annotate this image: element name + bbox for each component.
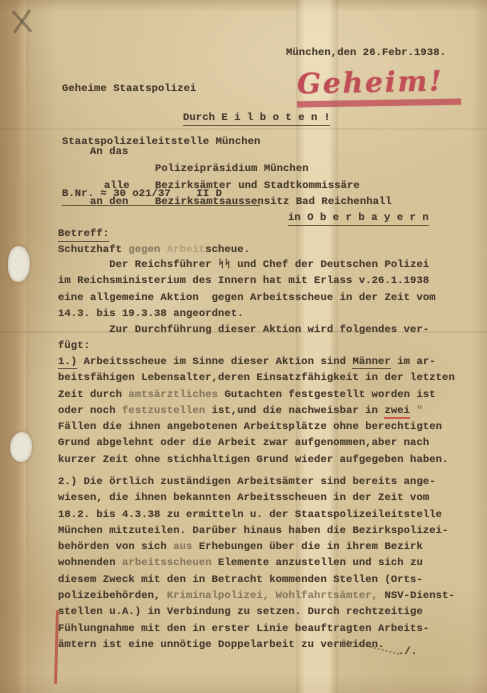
recipient-name: Bezirksamtsaussensitz Bad Reichenhall bbox=[155, 196, 392, 208]
recipient-prefix: an den bbox=[90, 196, 128, 208]
text-segment: behörden von sich bbox=[58, 541, 173, 553]
text-segment: ist,und die nachweisbar in bbox=[205, 405, 384, 417]
text-segment bbox=[269, 590, 275, 602]
page-top-shade bbox=[0, 0, 487, 12]
paper-damage-spot bbox=[8, 246, 30, 282]
delivery-note: Durch E i l b o t e n ! bbox=[183, 112, 330, 126]
document-line: Fühlungnahme mit den in erster Linie bea… bbox=[58, 621, 460, 637]
recipient-region: in O b e r b a y e r n bbox=[288, 212, 429, 226]
text-segment: oder noch bbox=[58, 405, 122, 417]
text-segment: scheue. bbox=[205, 244, 250, 256]
page-left-edge bbox=[0, 0, 30, 693]
text-segment: ämtern ist eine unnötige Doppelarbeit zu… bbox=[58, 639, 384, 651]
text-segment: " bbox=[410, 405, 423, 417]
document-line: behörden von sich aus Erhebungen über di… bbox=[58, 539, 460, 555]
text-segment: amtsärztliches bbox=[128, 389, 218, 401]
document-line: Fällen die ihnen angebotenen Arbeitsplät… bbox=[58, 419, 460, 435]
text-segment: beitsfähigen Lebensalter,deren Einsatzfä… bbox=[58, 372, 455, 384]
document-line: Zur Durchführung dieser Aktion wird folg… bbox=[58, 322, 460, 338]
secret-stamp: Geheim! bbox=[297, 64, 444, 100]
text-segment: Schutzhaft bbox=[58, 244, 128, 256]
document-line: eine allgemeine Aktion gegen Arbeitssche… bbox=[58, 290, 460, 306]
text-segment: Elemente anzustellen und sich zu bbox=[212, 557, 423, 569]
pencil-x-mark bbox=[6, 5, 38, 37]
page-bottom-shade bbox=[0, 673, 487, 693]
text-segment: 1.) bbox=[58, 356, 77, 369]
text-segment: polizeibehörden, bbox=[58, 590, 167, 602]
paragraph-intro: Der Reichsführer ᛋᛋ und Chef der Deutsch… bbox=[58, 256, 460, 355]
document-line: 14.3. bis 19.3.38 angeordnet. bbox=[58, 306, 460, 322]
document-line: polizeibehörden, Kriminalpolizei, Wohlfa… bbox=[58, 588, 460, 604]
text-segment: ᛋᛋ bbox=[218, 258, 231, 270]
text-segment: im Reichsministerium des Innern hat mit … bbox=[58, 275, 429, 287]
recipient-prefix: alle bbox=[104, 180, 130, 192]
text-segment: stellen u.A.) in Verbindung zu setzen. D… bbox=[58, 606, 423, 618]
agency-block: Geheime Staatspolizei Staatspolizeileits… bbox=[62, 46, 260, 241]
closing-mark: ./. bbox=[398, 646, 417, 658]
page-left-edge-shade bbox=[26, 0, 58, 693]
paper-damage-spot bbox=[10, 432, 32, 462]
text-segment: Fällen die ihnen angebotenen Arbeitsplät… bbox=[58, 421, 442, 433]
text-segment: Erhebungen über die in ihrem Bezirk bbox=[192, 541, 422, 553]
text-segment: aus bbox=[173, 541, 192, 553]
text-segment: Fühlungnahme mit den in erster Linie bea… bbox=[58, 623, 429, 635]
page-right-shade bbox=[471, 0, 487, 693]
text-segment: Wohlfahrtsämter, bbox=[276, 590, 378, 602]
document-line: Zeit durch amtsärztliches Gutachten fest… bbox=[58, 387, 460, 403]
text-segment: wiesen, die ihnen bekannten Arbeitsscheu… bbox=[58, 492, 429, 504]
text-segment: 18.2. bis 4.3.38 zu ermitteln u. der Sta… bbox=[58, 509, 442, 521]
document-line: beitsfähigen Lebensalter,deren Einsatzfä… bbox=[58, 370, 460, 386]
document-page: Geheime Staatspolizei Staatspolizeileits… bbox=[0, 0, 487, 693]
text-segment: NSV-Dienst- bbox=[378, 590, 455, 602]
text-segment: arbeitsscheuen bbox=[122, 557, 212, 569]
text-segment: 2.) Die örtlich zuständigen Arbeitsämter… bbox=[58, 476, 436, 488]
document-line: stellen u.A.) in Verbindung zu setzen. D… bbox=[58, 604, 460, 620]
text-segment: München mitzuteilen. Darüber hinaus habe… bbox=[58, 525, 448, 537]
document-line: oder noch festzustellen ist,und die nach… bbox=[58, 403, 460, 419]
text-segment: festzustellen bbox=[122, 405, 205, 417]
document-line: diesem Zweck mit den in Betracht kommend… bbox=[58, 572, 460, 588]
recipient-name: Bezirksämter und Stadtkommissäre bbox=[155, 180, 360, 192]
document-line: 18.2. bis 4.3.38 zu ermitteln u. der Sta… bbox=[58, 507, 460, 523]
text-segment: fügt: bbox=[58, 340, 90, 352]
document-line: 2.) Die örtlich zuständigen Arbeitsämter… bbox=[58, 474, 460, 490]
text-segment: im ar- bbox=[391, 356, 436, 368]
document-line: im Reichsministerium des Innern hat mit … bbox=[58, 273, 460, 289]
text-segment: Zeit durch bbox=[58, 389, 128, 401]
subject-line: Schutzhaft gegen Arbeitscheue. bbox=[58, 244, 250, 256]
text-segment: zwei bbox=[384, 405, 410, 419]
document-line: wiesen, die ihnen bekannten Arbeitsscheu… bbox=[58, 490, 460, 506]
text-segment: Der Reichsführer bbox=[58, 259, 218, 271]
text-segment: diesem Zweck mit den in Betracht kommend… bbox=[58, 574, 423, 586]
text-segment: 14.3. bis 19.3.38 angeordnet. bbox=[58, 308, 244, 320]
text-segment: Männer bbox=[352, 356, 390, 369]
text-segment: Arbeitsscheue im Sinne dieser Aktion sin… bbox=[77, 356, 352, 368]
text-segment: Kriminalpolizei, bbox=[167, 590, 269, 602]
document-line: kurzer Zeit ohne stichhaltigen Grund wie… bbox=[58, 452, 460, 468]
text-segment: kurzer Zeit ohne stichhaltigen Grund wie… bbox=[58, 454, 448, 466]
text-segment: Gutachten festgestellt worden ist bbox=[218, 389, 436, 401]
document-line: wohnenden arbeitsscheuen Elemente anzust… bbox=[58, 555, 460, 571]
text-segment: gegen bbox=[128, 244, 166, 256]
text-segment: Zur Durchführung dieser Aktion wird folg… bbox=[58, 324, 429, 336]
document-line: München mitzuteilen. Darüber hinaus habe… bbox=[58, 523, 460, 539]
text-segment: wohnenden bbox=[58, 557, 122, 569]
paragraph-item-1: 1.) Arbeitsscheue im Sinne dieser Aktion… bbox=[58, 354, 460, 468]
paragraph-item-2: 2.) Die örtlich zuständigen Arbeitsämter… bbox=[58, 474, 460, 653]
text-segment: eine allgemeine Aktion gegen Arbeitssche… bbox=[58, 292, 436, 304]
recipient-name: Polizeipräsidium München bbox=[155, 163, 309, 175]
document-line: fügt: bbox=[58, 338, 460, 354]
subject-label: Betreff: bbox=[58, 228, 109, 242]
document-line: 1.) Arbeitsscheue im Sinne dieser Aktion… bbox=[58, 354, 460, 370]
recipient-salutation: An das bbox=[90, 146, 128, 158]
text-segment: und Chef der Deutschen Polizei bbox=[231, 259, 429, 271]
document-line: Grund abgelehnt oder die Arbeit zwar auf… bbox=[58, 435, 460, 451]
agency-name: Geheime Staatspolizei bbox=[62, 81, 260, 99]
text-segment: Grund abgelehnt oder die Arbeit zwar auf… bbox=[58, 437, 429, 449]
place-date: München,den 26.Febr.1938. bbox=[286, 47, 446, 59]
text-segment: Arbeit bbox=[167, 244, 205, 256]
document-line: Der Reichsführer ᛋᛋ und Chef der Deutsch… bbox=[58, 256, 460, 273]
